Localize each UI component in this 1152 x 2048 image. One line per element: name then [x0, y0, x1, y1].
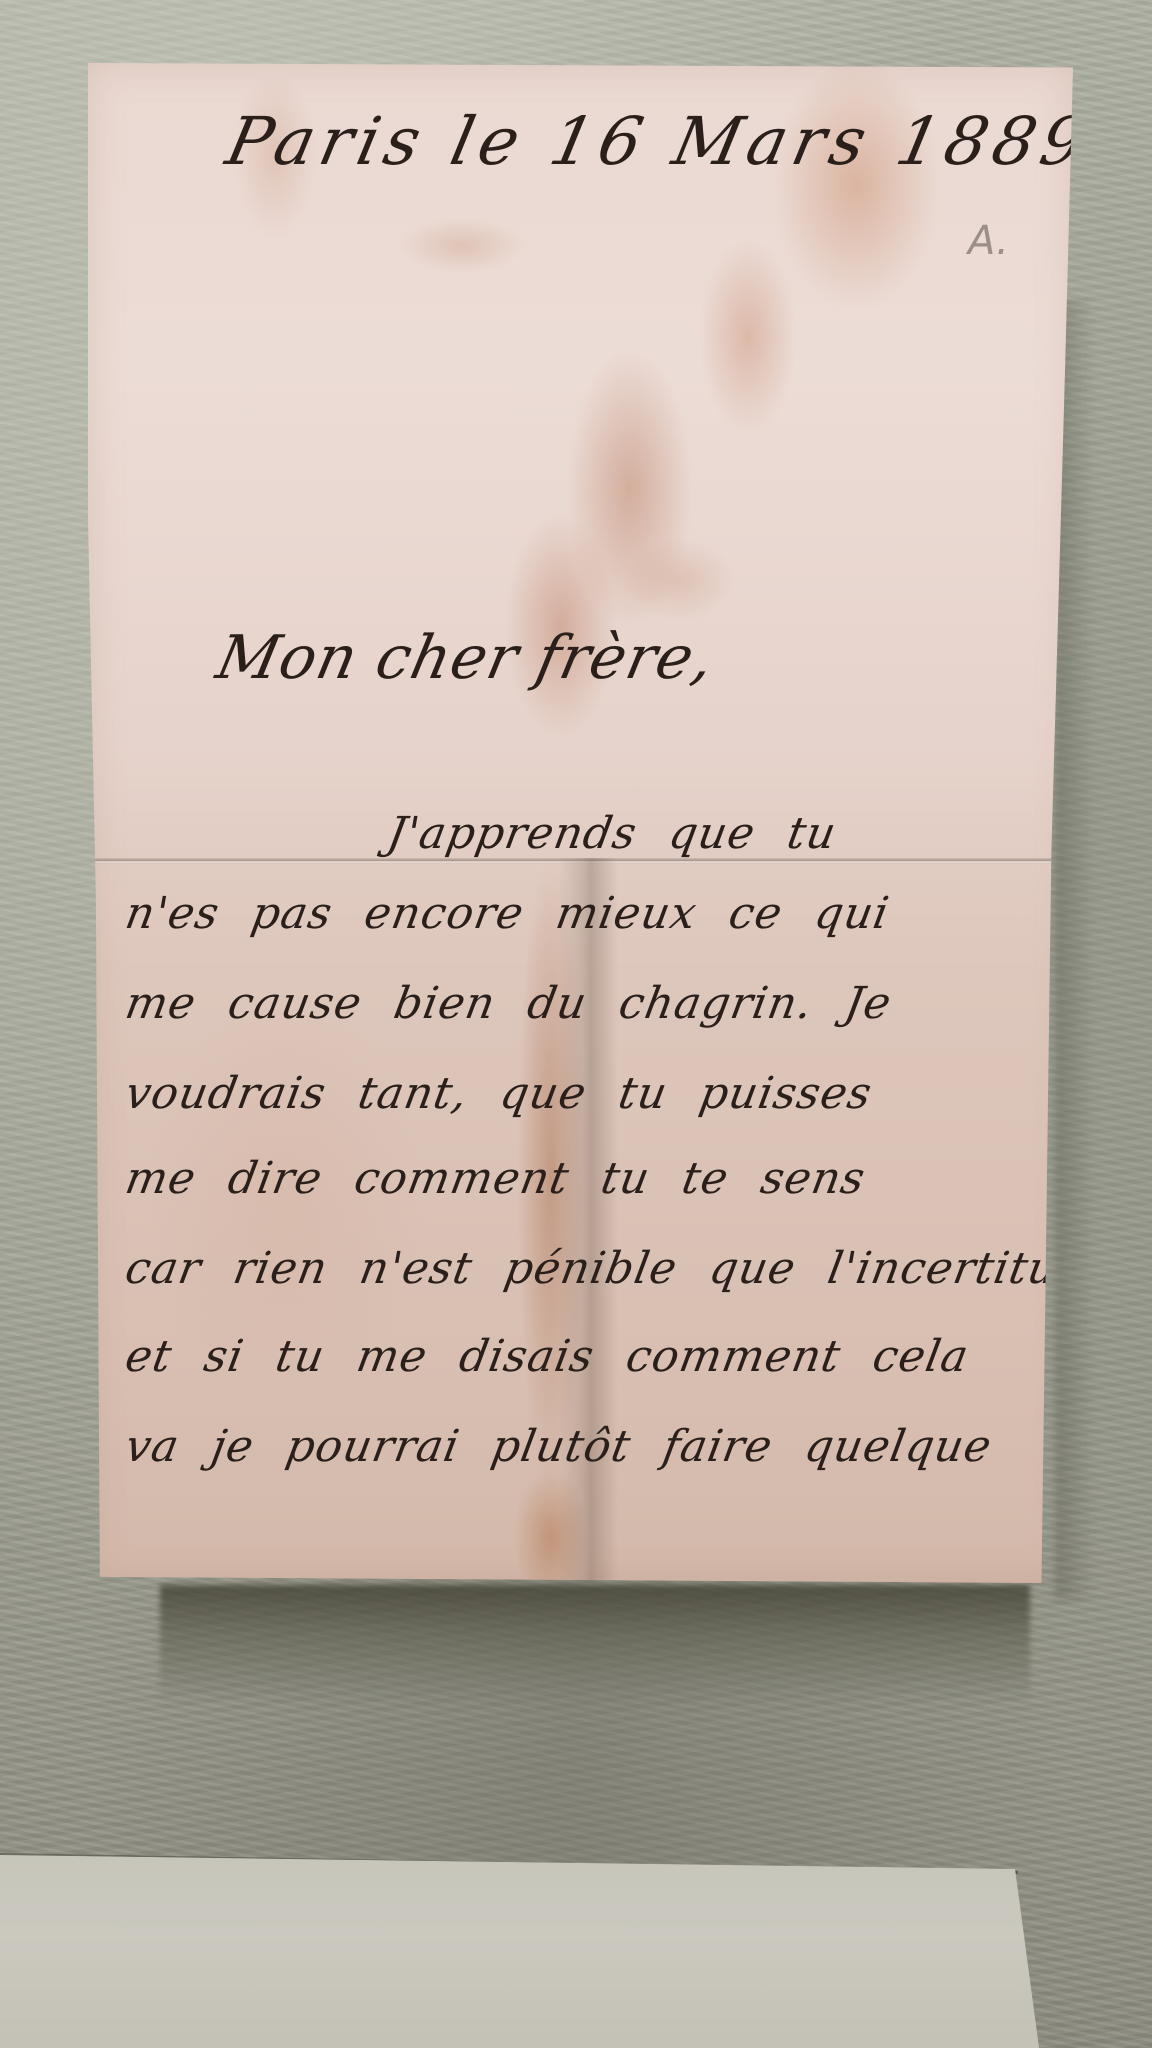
letter-body-line: et si tu me disais comment cela — [122, 1331, 973, 1382]
paper-drop-shadow — [160, 1585, 1030, 1705]
letter-body-line: car rien n'est pénible que l'incertitude — [122, 1243, 1119, 1294]
handwritten-letter: Paris le 16 Mars 1889 A. Mon cher frère,… — [88, 63, 1073, 1583]
letter-salutation: Mon cher frère, — [211, 623, 721, 693]
letter-body-line: n'es pas encore mieux ce qui — [122, 888, 894, 939]
letter-body-line: me dire comment tu te sens — [122, 1153, 870, 1204]
pencil-archive-mark: A. — [968, 218, 1009, 264]
letter-body-line: me cause bien du chagrin. Je — [122, 978, 896, 1029]
letter-body-line: J'apprends que tu — [384, 808, 841, 859]
letter-body-line: va je pourrai plutôt faire quelque — [122, 1421, 996, 1472]
letter-body-line: voudrais tant, que tu puisses — [122, 1068, 877, 1119]
blank-label-card — [0, 1855, 1040, 2048]
vertical-stain-crease — [558, 858, 618, 1583]
letter-date-line: Paris le 16 Mars 1889 — [220, 103, 1098, 180]
